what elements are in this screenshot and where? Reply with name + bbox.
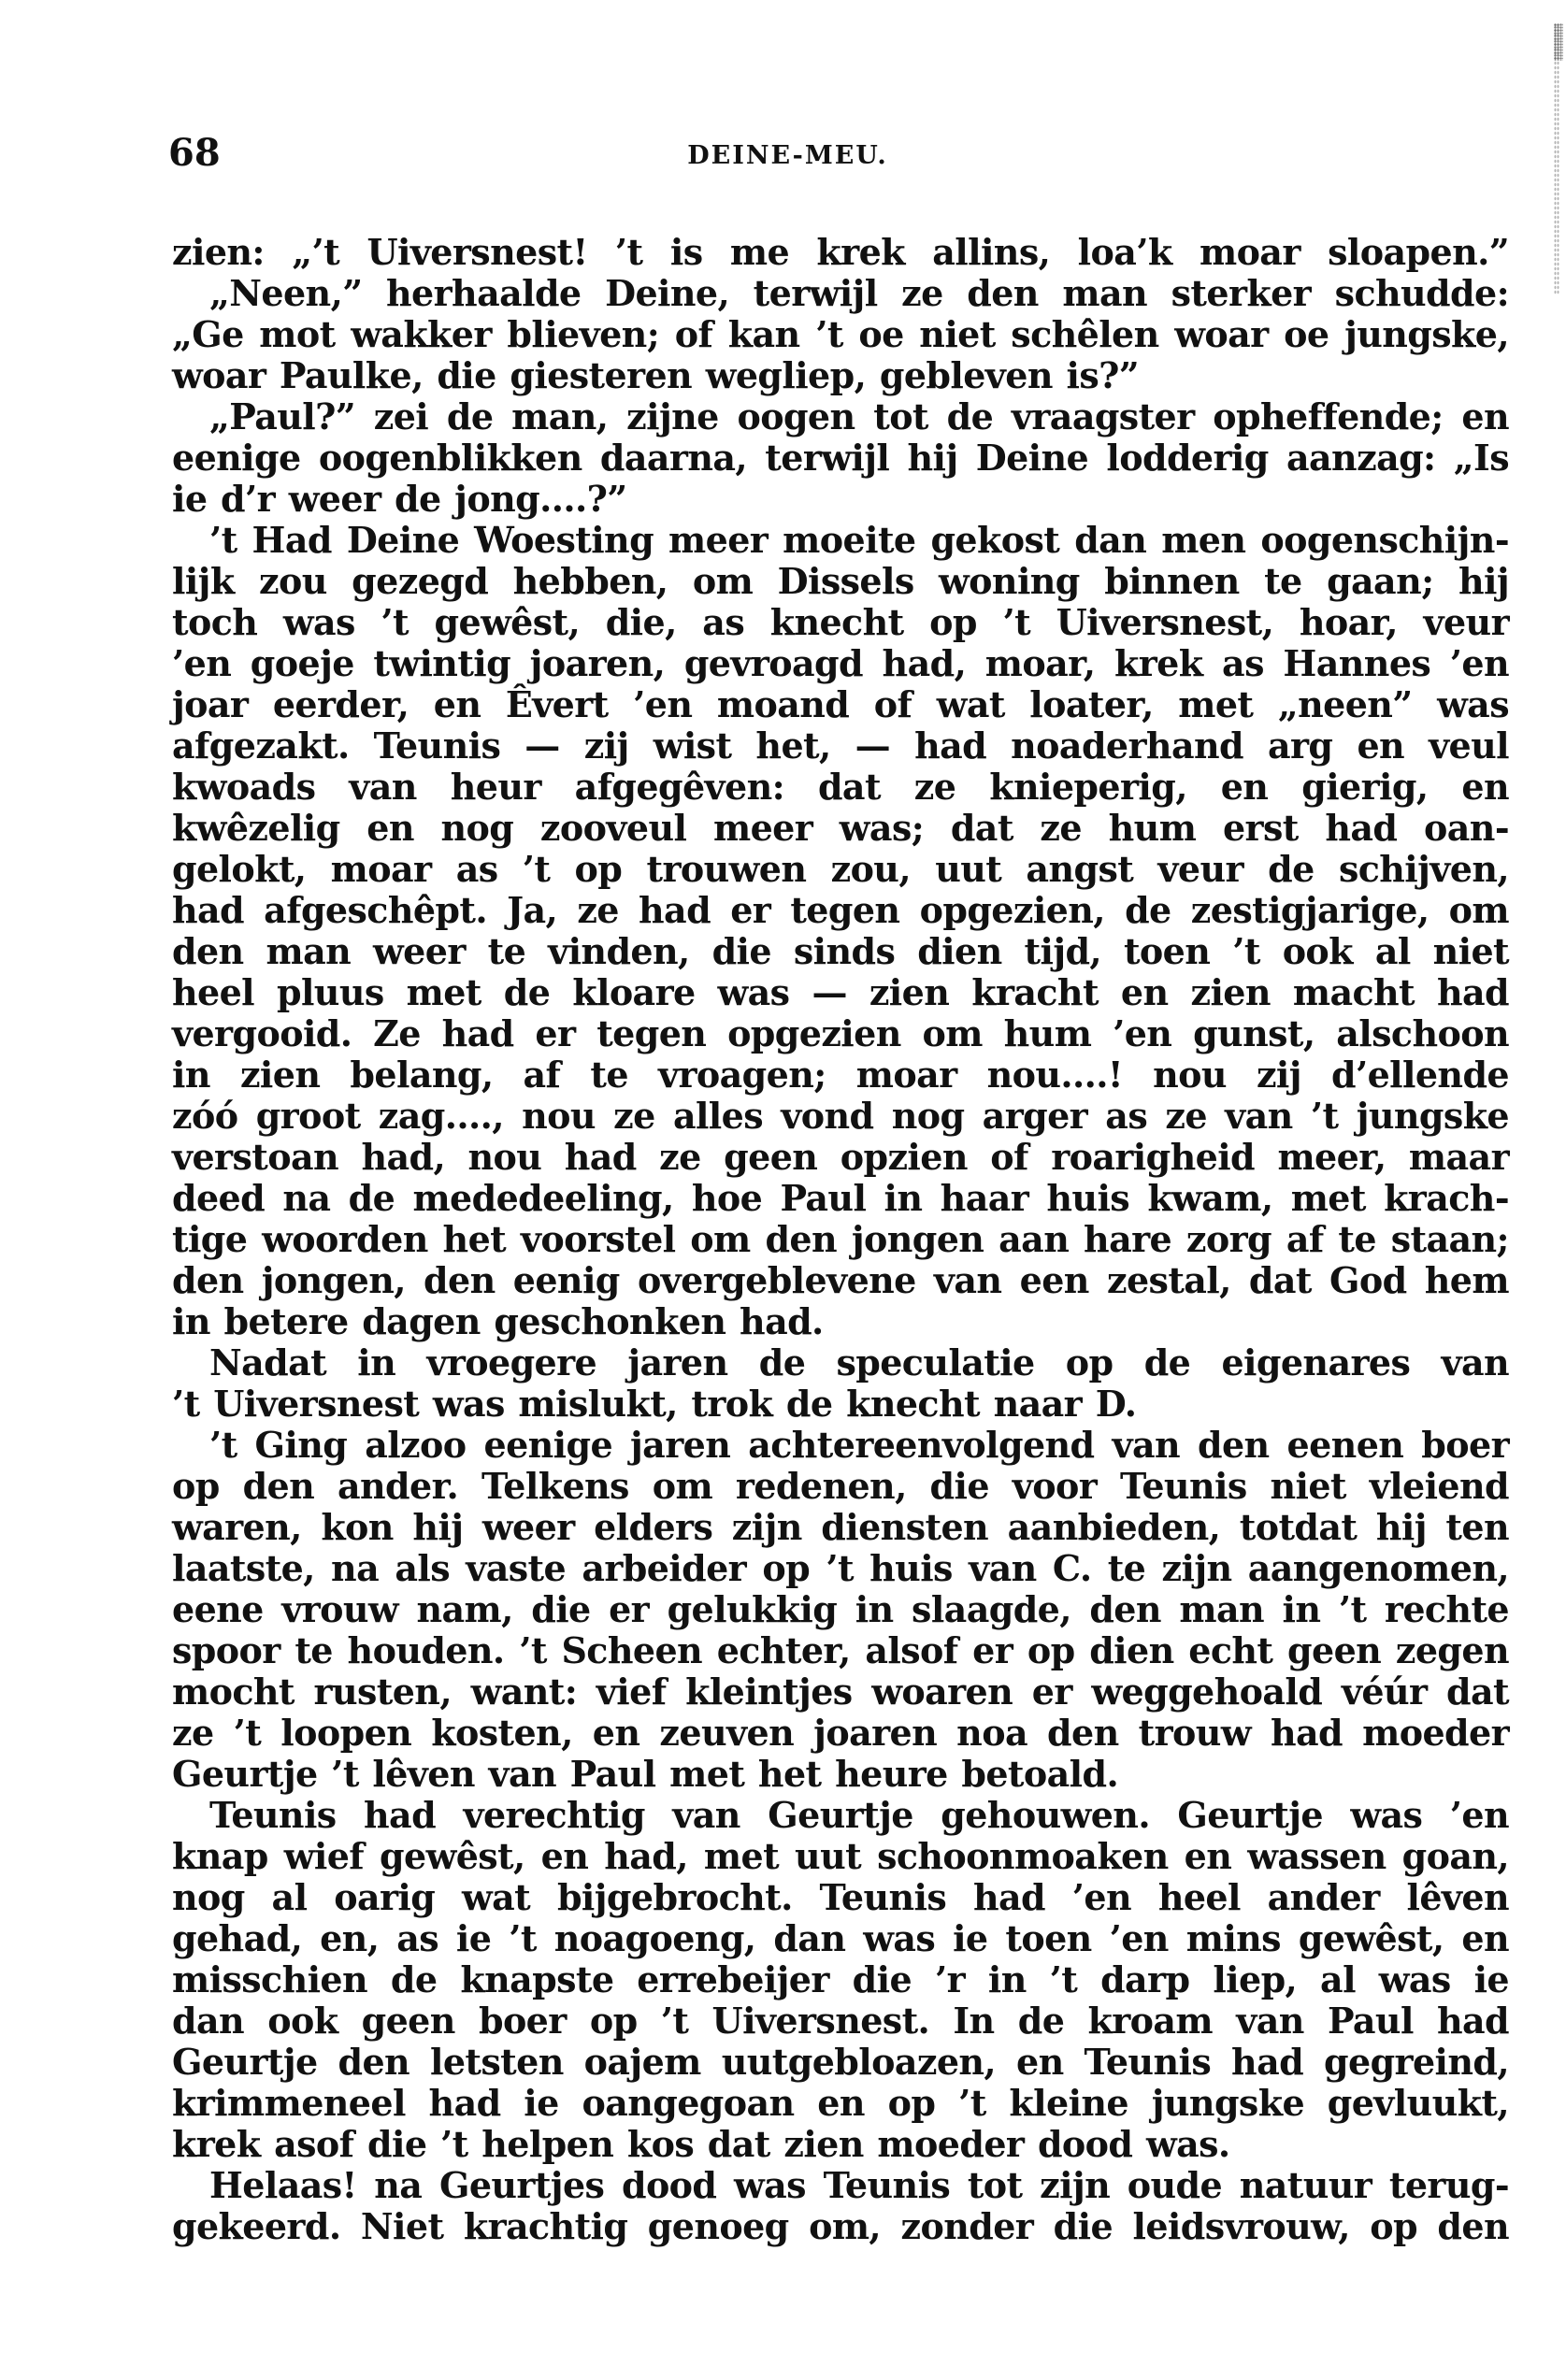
text-line: eenige oogenblikken daarna, terwijl hij … [172,437,1509,479]
text-line: Geurtje den letsten oajem uutgebloazen, … [172,2042,1509,2083]
text-line: lijk zou gezegd hebben, om Dissels wonin… [172,561,1509,602]
text-line: eene vrouw nam, die er gelukkig in slaag… [172,1589,1509,1630]
text-line: kwoads van heur afgegêven: dat ze kniepe… [172,767,1509,808]
text-line: afgezakt. Teunis — zij wist het, — had n… [172,725,1509,767]
text-line: in betere dagen geschonken had. [172,1301,1509,1342]
text-line: spoor te houden. ’t Scheen echter, alsof… [172,1630,1509,1671]
text-line: den man weer te vinden, die sinds dien t… [172,931,1509,972]
text-line: vergooid. Ze had er tegen opgezien om hu… [172,1013,1509,1054]
text-line: joar eerder, en Êvert ’en moand of wat l… [172,684,1509,725]
text-line: heel pluus met de kloare was — zien krac… [172,972,1509,1013]
text-line: Teunis had verechtig van Geurtje gehouwe… [172,1795,1509,1836]
text-line: toch was ’t gewêst, die, as knecht op ’t… [172,602,1509,643]
scan-edge-artifact [1554,23,1559,294]
text-line: nog al oarig wat bijgebrocht. Teunis had… [172,1877,1509,1918]
text-line: mocht rusten, want: vief kleintjes woare… [172,1671,1509,1713]
text-line: tige woorden het voorstel om den jongen … [172,1219,1509,1260]
text-line: gelokt, moar as ’t op trouwen zou, uut a… [172,849,1509,890]
text-line: kwêzelig en nog zooveul meer was; dat ze… [172,808,1509,849]
text-line: den jongen, den eenig overgeblevene van … [172,1260,1509,1301]
text-line: knap wief gewêst, en had, met uut schoon… [172,1836,1509,1877]
text-line: laatste, na als vaste arbeider op ’t hui… [172,1548,1509,1589]
text-line: „Neen,” herhaalde Deine, terwijl ze den … [172,273,1509,314]
text-line: Geurtje ’t lêven van Paul met het heure … [172,1754,1509,1795]
text-line: misschien de knapste errebeijer die ’r i… [172,1959,1509,2000]
text-line: in zien belang, af te vroagen; moar nou.… [172,1054,1509,1096]
text-line: ze ’t loopen kosten, en zeuven joaren no… [172,1713,1509,1754]
text-line: krek asof die ’t helpen kos dat zien moe… [172,2124,1509,2165]
text-line: „Paul?” zei de man, zijne oogen tot de v… [172,396,1509,437]
text-line: gekeerd. Niet krachtig genoeg om, zonder… [172,2206,1509,2247]
text-line: dan ook geen boer op ’t Uiversnest. In d… [172,2000,1509,2042]
text-line: had afgeschêpt. Ja, ze had er tegen opge… [172,890,1509,931]
text-line: gehad, en, as ie ’t noagoeng, dan was ie… [172,1918,1509,1959]
text-line: Nadat in vroegere jaren de speculatie op… [172,1342,1509,1384]
text-line: „Ge mot wakker blieven; of kan ’t oe nie… [172,314,1509,355]
body-text: zien: „’t Uiversnest! ’t is me krek alli… [172,232,1509,2247]
text-line: op den ander. Telkens om redenen, die vo… [172,1466,1509,1507]
text-line: ie d’r weer de jong....?” [172,479,1509,520]
text-line: ’en goeje twintig joaren, gevroagd had, … [172,643,1509,684]
text-line: zien: „’t Uiversnest! ’t is me krek alli… [172,232,1509,273]
text-line: krimmeneel had ie oangegoan en op ’t kle… [172,2083,1509,2124]
text-line: woar Paulke, die giesteren wegliep, gebl… [172,355,1509,396]
text-line: zóó groot zag...., nou ze alles vond nog… [172,1096,1509,1137]
scan-edge-artifact-top [1554,23,1563,61]
text-line: ’t Had Deine Woesting meer moeite gekost… [172,520,1509,561]
text-line: ’t Uiversnest was mislukt, trok de knech… [172,1384,1509,1425]
text-line: deed na de mededeeling, hoe Paul in haar… [172,1178,1509,1219]
text-line: Helaas! na Geurtjes dood was Teunis tot … [172,2165,1509,2206]
text-line: ’t Ging alzoo eenige jaren achtereenvolg… [172,1425,1509,1466]
text-line: verstoan had, nou had ze geen opzien of … [172,1137,1509,1178]
running-head: DEINE-MEU. [0,137,1566,175]
text-line: waren, kon hij weer elders zijn diensten… [172,1507,1509,1548]
